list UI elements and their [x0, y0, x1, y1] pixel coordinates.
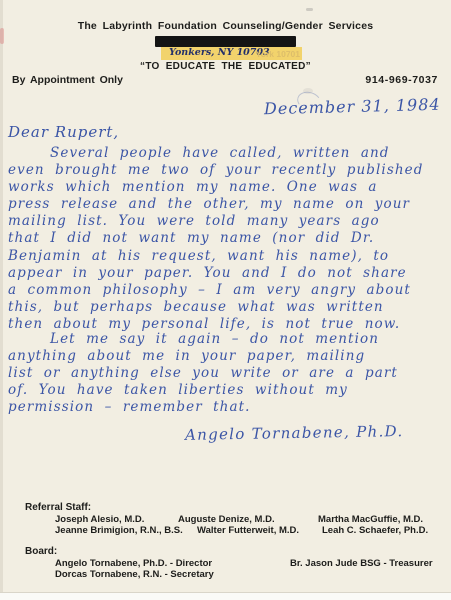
- board-member: Dorcas Tornabene, R.N. - Secretary: [55, 569, 214, 580]
- handwritten-line: appear in your paper. You and I do not s…: [8, 265, 449, 282]
- paragraph-1: Several people have called, written and …: [8, 145, 449, 333]
- scan-bottom-edge: [0, 592, 451, 600]
- handwritten-line: mailing list. You were told many years a…: [8, 213, 449, 230]
- handwritten-line: Let me say it again – do not mention: [8, 331, 449, 348]
- handwritten-line: a common philosophy – I am very angry ab…: [8, 282, 449, 299]
- handwritten-line: of. You have taken liberties without my: [8, 382, 449, 399]
- staff-member: Jeanne Brimigion, R.N., B.S.: [55, 525, 183, 536]
- handwritten-line: list or anything else you write or are a…: [8, 365, 449, 382]
- board-label: Board:: [25, 546, 57, 557]
- salutation: Dear Rupert,: [8, 123, 119, 141]
- staff-member: Joseph Alesio, M.D.: [55, 514, 144, 525]
- scan-edge-line: [0, 0, 3, 600]
- signature: Angelo Tornabene, Ph.D.: [185, 422, 404, 444]
- scanned-letter-page: The Labyrinth Foundation Counseling/Gend…: [0, 0, 451, 600]
- staff-member: Martha MacGuffie, M.D.: [318, 514, 423, 525]
- staff-member: Walter Futterweit, M.D.: [197, 525, 299, 536]
- board-member: Angelo Tornabene, Ph.D. - Director: [55, 558, 212, 569]
- handwritten-line: press release and the other, my name on …: [8, 196, 449, 213]
- handwritten-line: Benjamin at his request, want his name),…: [8, 248, 449, 265]
- handwritten-line: anything about me in your paper, mailing: [8, 348, 449, 365]
- staff-member: Auguste Denize, M.D.: [178, 514, 275, 525]
- staff-member: Leah C. Schaefer, Ph.D.: [322, 525, 428, 536]
- board-member: Br. Jason Jude BSG - Treasurer: [290, 558, 433, 569]
- handwritten-line: that I did not want my name (nor did Dr.: [8, 230, 449, 247]
- referral-staff-label: Referral Staff:: [25, 502, 91, 513]
- red-ink-smudge: [0, 28, 4, 44]
- letter-date: December 31, 1984: [264, 95, 441, 119]
- gray-dot-smudge: [306, 8, 313, 11]
- handwritten-line: even brought me two of your recently pub…: [8, 162, 449, 179]
- handwritten-line: Several people have called, written and: [8, 145, 449, 162]
- paragraph-2: Let me say it again – do not mention any…: [8, 331, 449, 416]
- handwritten-line: permission – remember that.: [8, 399, 449, 416]
- handwritten-line: works which mention my name. One was a: [8, 179, 449, 196]
- handwritten-line: this, but perhaps because what was writt…: [8, 299, 449, 316]
